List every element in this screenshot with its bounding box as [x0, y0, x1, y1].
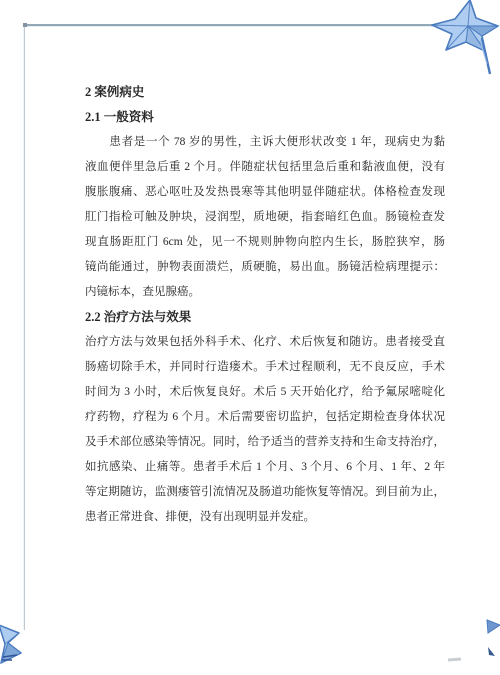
paragraph-line: 患者正常进食、排便，没有出现明显并发症。	[85, 505, 445, 530]
origami-star-icon	[428, 0, 500, 78]
section-heading-case-history: 2 案例病史	[85, 80, 445, 105]
paragraph-line: 及手术部位感染等情况。同时，给予适当的营养支持和生命支持治疗，	[85, 430, 445, 455]
paragraph-line: 镜尚能通过，肿物表面溃烂，质硬脆，易出血。肠镜活检病理提示：	[85, 255, 445, 280]
left-border-rule	[24, 24, 25, 630]
paragraph-line: 患者是一个 78 岁的男性，主诉大便形状改变 1 年，现病史为黏	[85, 130, 445, 155]
paragraph-line: 现直肠距肛门 6cm 处，见一不规则肿物向腔内生长，肠腔狭窄，肠	[85, 230, 445, 255]
paragraph-line: 如抗感染、止痛等。患者手术后 1 个月、3 个月、6 个月、1 年、2 年	[85, 455, 445, 480]
paragraph-line: 时间为 3 小时，术后恢复良好。术后 5 天开始化疗，给予氟尿嘧啶化	[85, 380, 445, 405]
paragraph-line: 肠癌切除手术，并同时行造瘘术。手术过程顺利，无不良反应，手术	[85, 355, 445, 380]
section-heading-treatment: 2.2 治疗方法与效果	[85, 305, 445, 330]
top-border-rule	[24, 24, 448, 26]
paragraph-line: 疗药物，疗程为 6 个月。术后需要密切监护，包括定期检查身体状况	[85, 405, 445, 430]
paragraph-line: 液血便伴里急后重 2 个月。伴随症状包括里急后重和黏液血便，没有	[85, 155, 445, 180]
border-corner	[23, 23, 27, 27]
pencil-mark	[448, 658, 461, 662]
paragraph-line: 内镜标本，查见腺癌。	[85, 280, 445, 305]
document-body: 2 案例病史 2.1 一般资料 患者是一个 78 岁的男性，主诉大便形状改变 1…	[85, 80, 445, 530]
star-fragment-icon	[482, 614, 500, 662]
document-page: 2 案例病史 2.1 一般资料 患者是一个 78 岁的男性，主诉大便形状改变 1…	[0, 0, 500, 675]
section-heading-general-info: 2.1 一般资料	[85, 105, 445, 130]
origami-star-icon	[0, 616, 34, 670]
paragraph-line: 肛门指检可触及肿块，浸润型，质地硬，指套暗红色血。肠镜检查发	[85, 205, 445, 230]
paragraph-line: 治疗方法与效果包括外科手术、化疗、术后恢复和随访。患者接受直	[85, 330, 445, 355]
paragraph-line: 等定期随访，监测瘘管引流情况及肠道功能恢复等情况。到目前为止，	[85, 480, 445, 505]
paragraph-line: 腹胀腹痛、恶心呕吐及发热畏寒等其他明显伴随症状。体格检查发现	[85, 180, 445, 205]
